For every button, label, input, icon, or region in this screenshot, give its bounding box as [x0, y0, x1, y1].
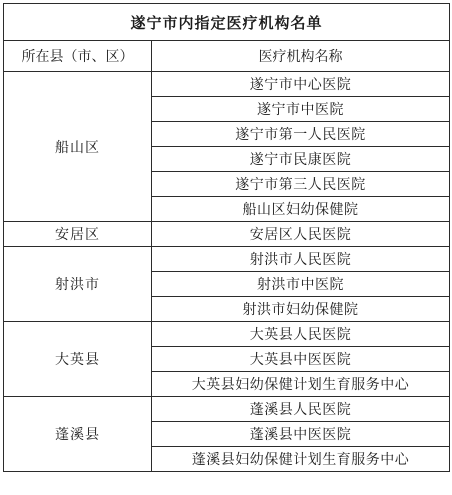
institution-cell: 射洪市人民医院	[152, 247, 450, 272]
institution-cell: 大英县人民医院	[152, 322, 450, 347]
column-header-district: 所在县（市、区）	[4, 41, 152, 72]
table-row: 安居区安居区人民医院	[4, 222, 450, 247]
institution-cell: 大英县妇幼保健计划生育服务中心	[152, 372, 450, 397]
page: 遂宁市内指定医疗机构名单 所在县（市、区） 医疗机构名称 船山区遂宁市中心医院遂…	[0, 0, 452, 495]
title-row: 遂宁市内指定医疗机构名单	[4, 4, 450, 41]
institution-cell: 船山区妇幼保健院	[152, 197, 450, 222]
institution-cell: 蓬溪县中医医院	[152, 422, 450, 447]
table-title: 遂宁市内指定医疗机构名单	[4, 4, 450, 41]
institution-cell: 射洪市妇幼保健院	[152, 297, 450, 322]
header-row: 所在县（市、区） 医疗机构名称	[4, 41, 450, 72]
institution-cell: 遂宁市中心医院	[152, 72, 450, 97]
table-row: 蓬溪县蓬溪县人民医院	[4, 397, 450, 422]
institution-cell: 射洪市中医院	[152, 272, 450, 297]
column-header-institution: 医疗机构名称	[152, 41, 450, 72]
table-head: 遂宁市内指定医疗机构名单 所在县（市、区） 医疗机构名称	[4, 4, 450, 72]
institution-cell: 安居区人民医院	[152, 222, 450, 247]
institution-cell: 遂宁市中医院	[152, 97, 450, 122]
table-body: 船山区遂宁市中心医院遂宁市中医院遂宁市第一人民医院遂宁市民康医院遂宁市第三人民医…	[4, 72, 450, 472]
institution-cell: 蓬溪县人民医院	[152, 397, 450, 422]
institution-cell: 遂宁市民康医院	[152, 147, 450, 172]
institution-cell: 遂宁市第三人民医院	[152, 172, 450, 197]
district-cell: 蓬溪县	[4, 397, 152, 472]
medical-institutions-table: 遂宁市内指定医疗机构名单 所在县（市、区） 医疗机构名称 船山区遂宁市中心医院遂…	[3, 3, 450, 472]
district-cell: 安居区	[4, 222, 152, 247]
institution-cell: 大英县中医医院	[152, 347, 450, 372]
table-row: 船山区遂宁市中心医院	[4, 72, 450, 97]
table-row: 大英县大英县人民医院	[4, 322, 450, 347]
district-cell: 船山区	[4, 72, 152, 222]
institution-cell: 遂宁市第一人民医院	[152, 122, 450, 147]
table-row: 射洪市射洪市人民医院	[4, 247, 450, 272]
district-cell: 射洪市	[4, 247, 152, 322]
district-cell: 大英县	[4, 322, 152, 397]
institution-cell: 蓬溪县妇幼保健计划生育服务中心	[152, 447, 450, 472]
